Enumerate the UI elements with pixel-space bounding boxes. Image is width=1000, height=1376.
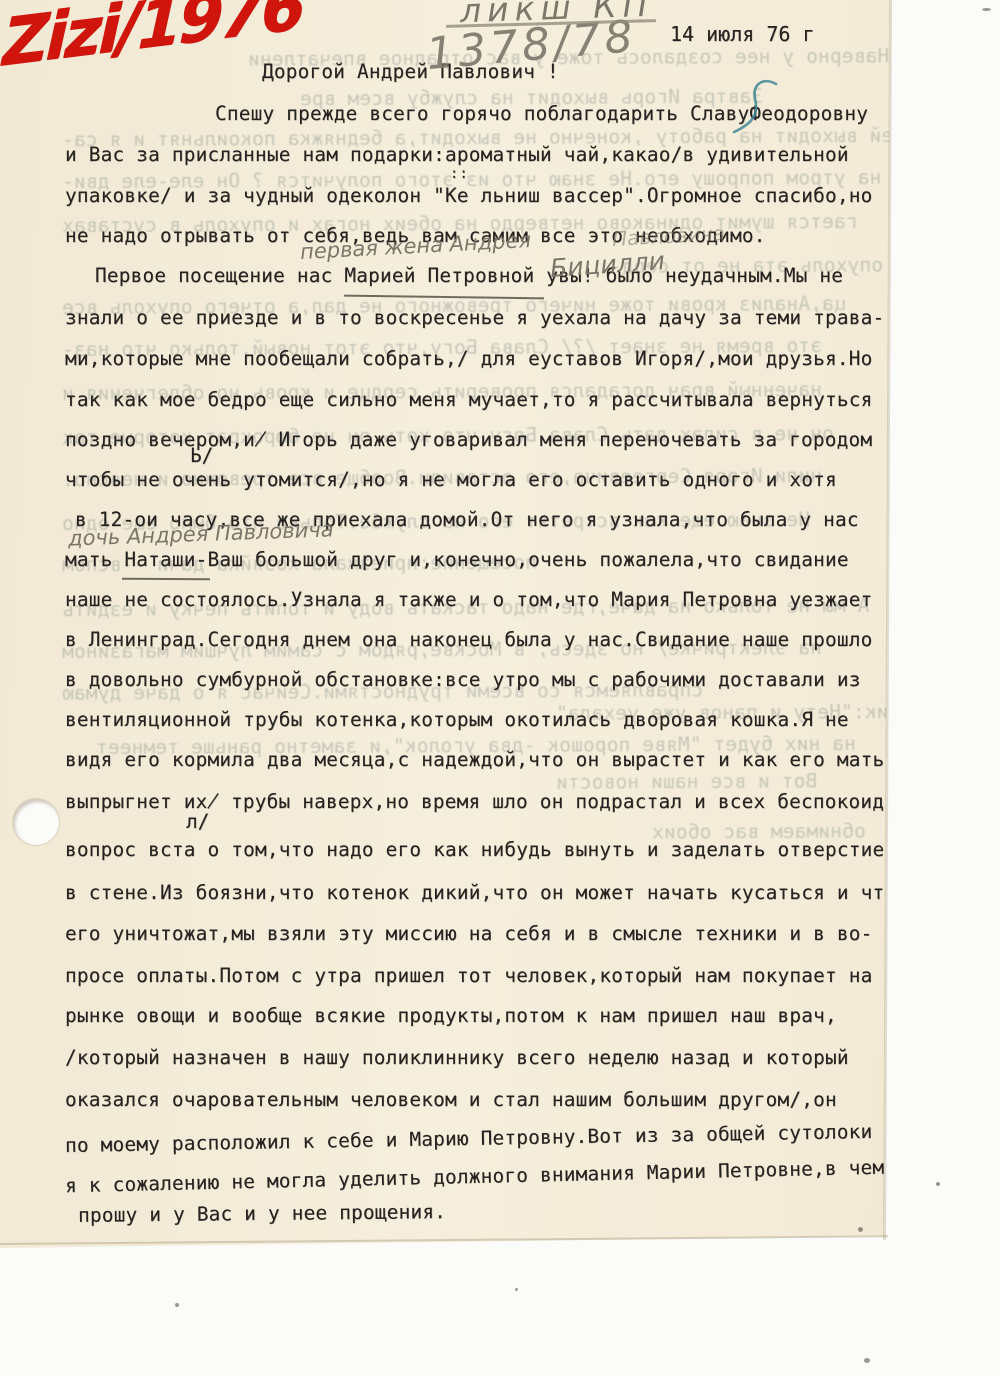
typed-line: видя его кормила два месяца,с надеждой,ч… — [65, 748, 884, 771]
typed-line: я к сожалению не могла уделить должного … — [65, 1156, 885, 1198]
typed-line: оказался очаровательным человеком и стал… — [65, 1088, 837, 1111]
speck-mark — [982, 8, 991, 11]
speck-mark — [864, 1358, 870, 1363]
typed-line: его уничтожат,мы взяли эту миссию на себ… — [65, 922, 872, 945]
typed-line: ми,которые мне пообещали собрать,/ для е… — [65, 347, 872, 370]
typed-line: вентиляционной трубы котенка,которым око… — [65, 708, 849, 731]
speck-mark — [175, 1303, 179, 1307]
typed-line: по моему расположил к себе и Марию Петро… — [65, 1120, 873, 1157]
typed-correction-umlaut: :: — [450, 166, 469, 182]
typed-line: мать Наташи-Ваш большой друг и,конечно,о… — [65, 548, 849, 571]
typed-line: чтобы не очень утомится/,но я не могла е… — [65, 468, 837, 491]
hole-mark — [13, 799, 59, 845]
blue-ink-separator-mark — [722, 76, 792, 146]
typed-line: в стене.Из боязни,что котенок дикий,что … — [65, 881, 896, 904]
typed-line: в Ленинград.Сегодня днем она наконец был… — [65, 628, 872, 651]
typed-correction-el: л/ — [186, 810, 209, 833]
typed-date: 14 июля 76 г — [670, 22, 815, 46]
typed-correction-soft-sign: Ь/ — [190, 444, 213, 467]
typed-line: наше не состоялось.Узнала я также и о то… — [65, 588, 872, 611]
paper-sheet: Наверно у нее создалось тоже у вас отрад… — [0, 0, 1000, 1376]
typed-line: упаковке/ и за чудный одеколон "Ке льниш… — [65, 184, 872, 207]
typed-line: и Вас за присланные нам подарки:ароматны… — [65, 143, 849, 166]
speck-mark — [858, 1227, 863, 1232]
speck-mark — [936, 1182, 940, 1186]
typed-line: прошу и у Вас и у нее прощения. — [78, 1200, 446, 1227]
typed-line: так как мое бедро еще сильно меня мучает… — [65, 388, 872, 411]
typed-line: Первое посещение нас Марией Петровной ув… — [95, 264, 843, 287]
typed-line: просе оплаты.Потом с утра пришел тот чел… — [65, 964, 872, 987]
typed-line: /который назначен в нашу поликлиннику вс… — [65, 1046, 849, 1069]
speck-mark — [515, 1288, 518, 1291]
typed-line: в довольно сумбурной обстановке:все утро… — [65, 668, 861, 691]
typed-line: поздно вечером,и̸ Игорь даже уговаривал … — [65, 428, 872, 451]
typed-line: знали о ее приезде и в то воскресенье я … — [65, 306, 884, 329]
typed-line: рынке овощи и вообще всякие продукты,пот… — [65, 1004, 837, 1027]
typed-line: вопрос вста о том,что надо его как нибуд… — [65, 838, 884, 861]
scanned-letter-page: Наверно у нее создалось тоже у вас отрад… — [0, 0, 1000, 1376]
